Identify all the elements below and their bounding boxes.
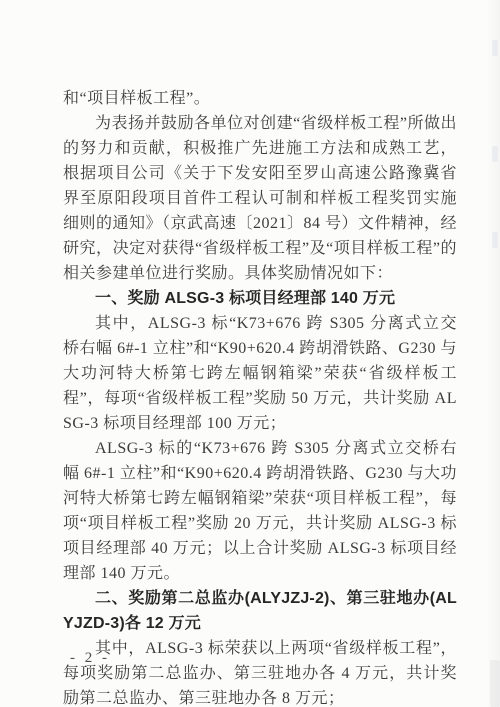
section-heading-2: 二、奖励第二总监办(ALYJZJ-2)、第三驻地办(ALYJZD-3)各 12 … xyxy=(63,586,457,636)
scan-artifact xyxy=(492,146,498,162)
paragraph-section1-detail-1: 其中，ALSG-3 标“K73+676 跨 S305 分离式立交桥右幅 6#-1… xyxy=(63,311,457,436)
paragraph-continuation: 和“项目样板工程”。 xyxy=(63,86,457,111)
scan-edge-shadow xyxy=(486,0,500,707)
paragraph-section1-detail-2: ALSG-3 标的“K73+676 跨 S305 分离式立交桥右幅 6#-1 立… xyxy=(63,436,457,586)
section-heading-1: 一、奖励 ALSG-3 标项目经理部 140 万元 xyxy=(63,286,457,311)
scan-artifact xyxy=(492,40,498,56)
document-body: 和“项目样板工程”。 为表扬并鼓励各单位对创建“省级样板工程”所做出的努力和贡献… xyxy=(63,86,457,707)
scan-artifact xyxy=(490,660,500,707)
scanned-document-page: 和“项目样板工程”。 为表扬并鼓励各单位对创建“省级样板工程”所做出的努力和贡献… xyxy=(0,0,500,707)
page-number: - 2 - xyxy=(70,648,110,668)
scan-artifact xyxy=(492,232,498,248)
paragraph-intro: 为表扬并鼓励各单位对创建“省级样板工程”所做出的努力和贡献，积极推广先进施工方法… xyxy=(63,111,457,286)
paragraph-section2-detail: 其中，ALSG-3 标荣获以上两项“省级样板工程”，每项奖励第二总监办、第三驻地… xyxy=(63,636,457,707)
